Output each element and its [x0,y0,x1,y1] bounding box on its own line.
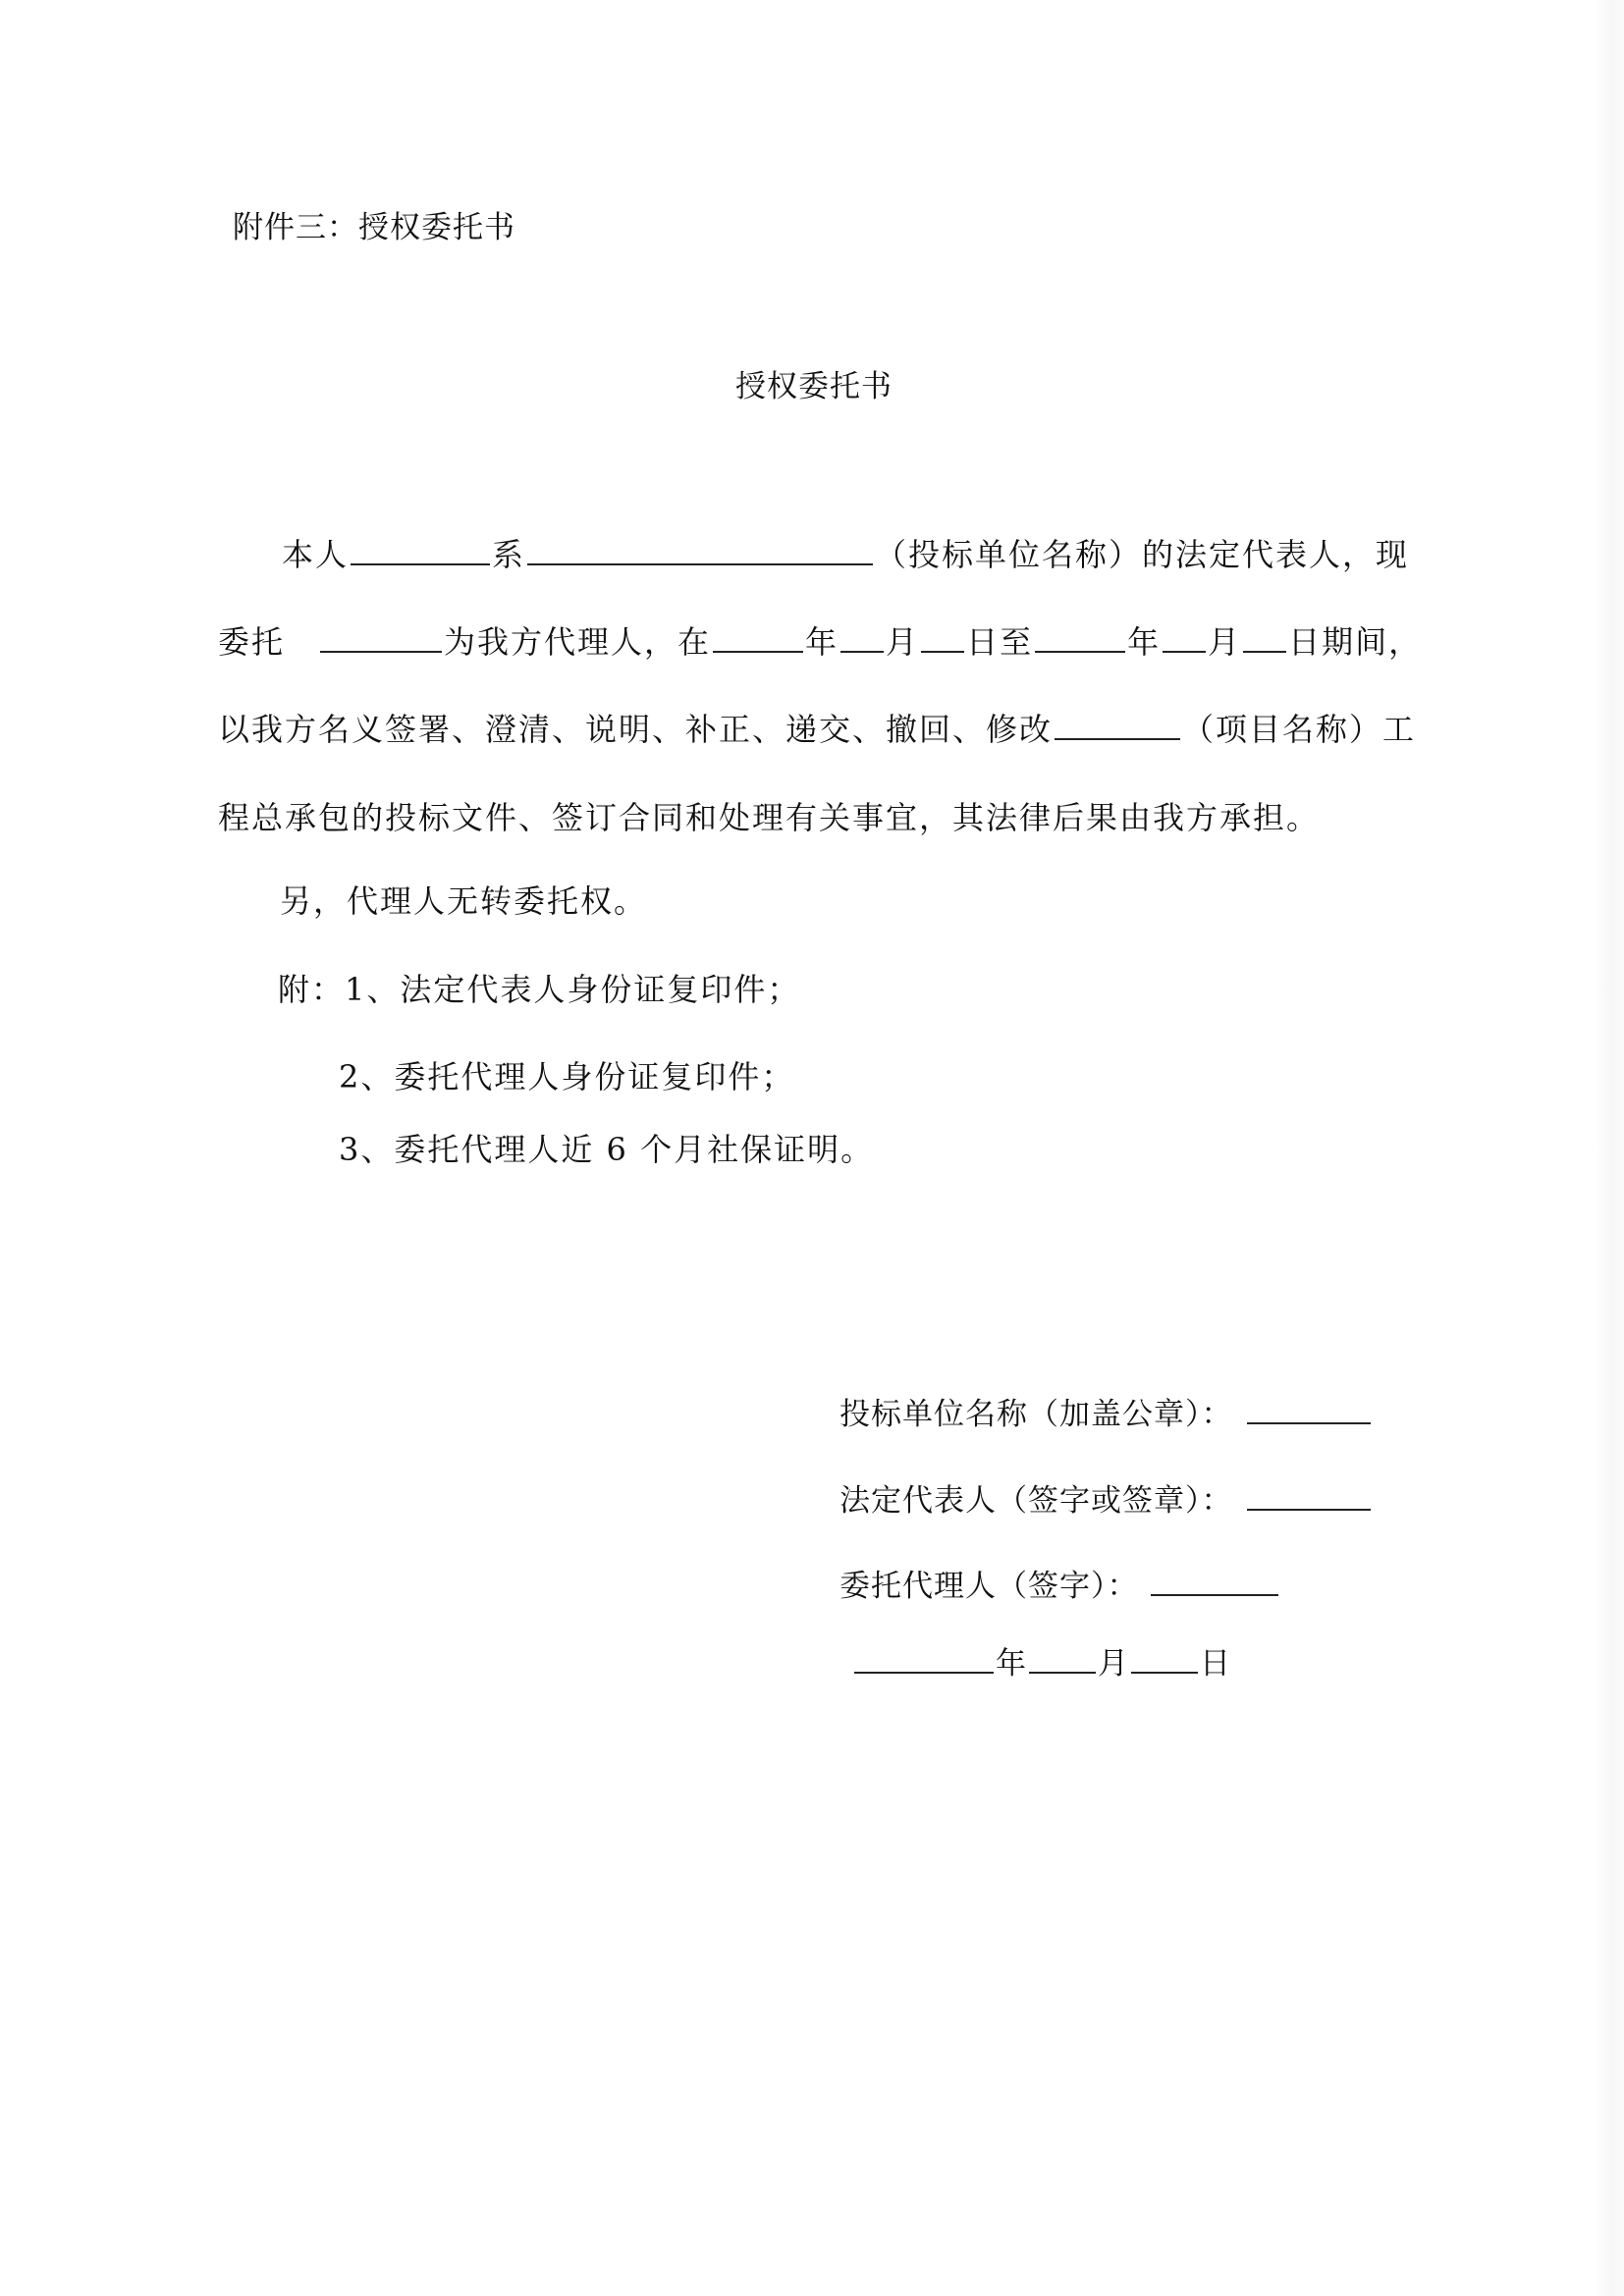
legal-rep-signature-row: 法定代表人（签字或签章）： [839,1475,1373,1520]
attachment-item-2: 2、委托代理人身份证复印件； [339,1052,794,1097]
agent-signature-label: 委托代理人（签字）： [839,1561,1139,1605]
agent-signature-row: 委托代理人（签字）： [839,1561,1280,1605]
text-segment: 程总承包的投标文件、签订合同和处理有关事宜，其法律后果由我方承担。 [218,793,1320,838]
text-segment: 月 [886,617,919,663]
day-label: 日 [1200,1638,1231,1682]
month-label: 月 [1098,1638,1129,1682]
end-day-blank[interactable] [1243,650,1286,653]
attachment-text: 3、委托代理人近 6 个月社保证明。 [339,1125,874,1170]
sign-day-blank[interactable] [1131,1671,1198,1674]
paragraph-1-line-3: 以我方名义签署、澄清、说明、补正、递交、撤回、修改 （项目名称）工 [218,705,1416,750]
attachment-item-3: 3、委托代理人近 6 个月社保证明。 [339,1125,874,1170]
bidder-name-blank[interactable] [527,562,873,565]
principal-name-blank[interactable] [351,562,490,565]
text-segment: 以我方名义签署、澄清、说明、补正、递交、撤回、修改 [218,705,1053,750]
end-month-blank[interactable] [1163,650,1206,653]
attachment-heading: 附件三：授权委托书 [233,202,515,246]
paragraph-1-line-2: 委托 为我方代理人，在 年 月 日至 年 月 日期间， [218,617,1422,663]
text-segment: 日期间， [1288,617,1422,663]
text-segment: 系 [492,530,525,575]
legal-rep-signature-blank[interactable] [1247,1508,1371,1511]
sign-month-blank[interactable] [1029,1671,1096,1674]
scan-page-edge [1595,0,1624,2296]
start-month-blank[interactable] [840,650,884,653]
text-segment: 为我方代理人，在 [444,617,711,663]
text-segment: （项目名称）工 [1182,705,1416,750]
text-segment: 日至 [966,617,1033,663]
paragraph-2: 另，代理人无转委托权。 [280,877,647,922]
bidder-seal-row: 投标单位名称（加盖公章）： [839,1389,1373,1433]
text-segment: 委托 [218,617,285,663]
document-title: 授权委托书 [735,361,893,405]
no-subdelegation-text: 另，代理人无转委托权。 [280,877,647,922]
sign-year-blank[interactable] [854,1671,994,1674]
project-name-blank[interactable] [1055,737,1180,740]
text-segment: 年 [805,617,839,663]
agent-name-blank[interactable] [320,650,442,653]
bidder-seal-label: 投标单位名称（加盖公章）： [839,1389,1233,1433]
text-segment: 本人 [282,530,349,575]
signature-date-row: 年 月 日 [852,1638,1231,1682]
text-segment: 年 [1127,617,1161,663]
bidder-seal-blank[interactable] [1247,1421,1371,1424]
attachment-prefix: 附： [278,965,345,1010]
attachment-item-1: 附： 1、法定代表人身份证复印件； [278,965,800,1010]
attachment-text: 1、法定代表人身份证复印件； [345,965,800,1010]
text-segment: 月 [1208,617,1241,663]
paragraph-1-line-4: 程总承包的投标文件、签订合同和处理有关事宜，其法律后果由我方承担。 [218,793,1320,838]
start-year-blank[interactable] [713,650,803,653]
text-segment: （投标单位名称）的法定代表人，现 [875,530,1409,575]
agent-signature-blank[interactable] [1151,1593,1278,1596]
attachment-text: 2、委托代理人身份证复印件； [339,1052,794,1097]
paragraph-1-line-1: 本人 系 （投标单位名称）的法定代表人，现 [282,530,1409,575]
end-year-blank[interactable] [1035,650,1125,653]
legal-rep-label: 法定代表人（签字或签章）： [839,1475,1233,1520]
start-day-blank[interactable] [921,650,964,653]
year-label: 年 [996,1638,1027,1682]
